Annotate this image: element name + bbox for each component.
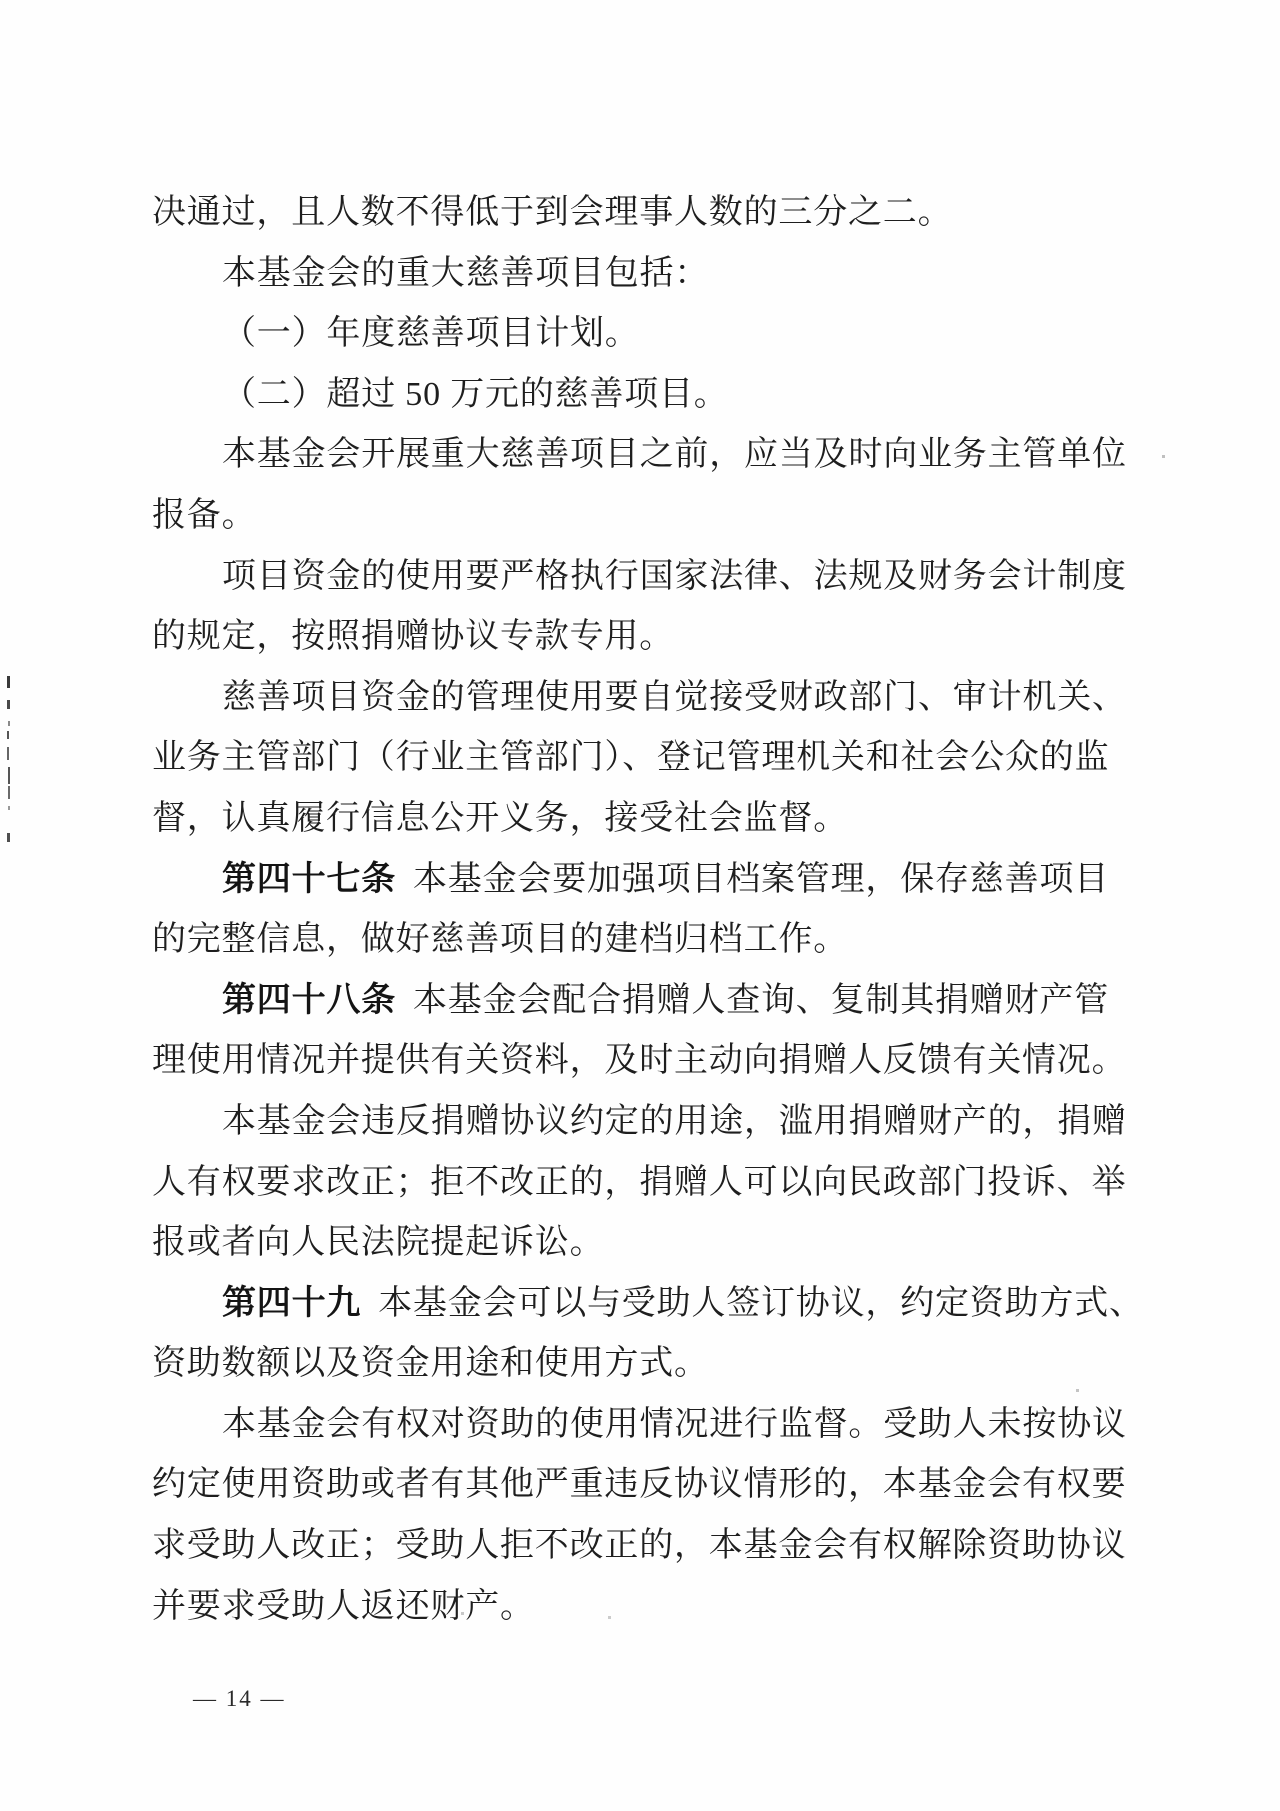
- scan-artifact: [7, 747, 9, 760]
- text-line: 的完整信息，做好慈善项目的建档归档工作。: [152, 910, 1138, 971]
- line-text: 的完整信息，做好慈善项目的建档归档工作。: [152, 921, 848, 958]
- scan-artifact: [7, 731, 9, 739]
- line-text: 理使用情况并提供有关资料，及时主动向捐赠人反馈有关情况。: [152, 1042, 1126, 1079]
- text-line: 决通过，且人数不得低于到会理事人数的三分之二。: [152, 183, 1138, 244]
- scan-artifact: [7, 833, 10, 842]
- text-line: 本基金会的重大慈善项目包括：: [152, 244, 1138, 305]
- line-text: 业务主管部门（行业主管部门）、登记管理机关和社会公众的监: [152, 739, 1109, 776]
- text-line: 第四十八条本基金会配合捐赠人查询、复制其捐赠财产管: [152, 971, 1138, 1032]
- line-text: 本基金会有权对资助的使用情况进行监督。受助人未按协议: [222, 1406, 1127, 1443]
- line-text: 报备。: [152, 497, 256, 534]
- text-line: 第四十九本基金会可以与受助人签订协议，约定资助方式、: [152, 1274, 1138, 1335]
- document-page: 决通过，且人数不得低于到会理事人数的三分之二。 本基金会的重大慈善项目包括： （…: [0, 0, 1280, 1811]
- line-text: 本基金会要加强项目档案管理，保存慈善项目: [413, 861, 1109, 898]
- line-text: 人有权要求改正；拒不改正的，捐赠人可以向民政部门投诉、举: [152, 1164, 1126, 1201]
- document-body: 决通过，且人数不得低于到会理事人数的三分之二。 本基金会的重大慈善项目包括： （…: [152, 183, 1138, 1637]
- text-line: 理使用情况并提供有关资料，及时主动向捐赠人反馈有关情况。: [152, 1031, 1138, 1092]
- text-line: 资助数额以及资金用途和使用方式。: [152, 1334, 1138, 1395]
- text-line: 报备。: [152, 486, 1138, 547]
- text-line: （一）年度慈善项目计划。: [152, 304, 1138, 365]
- line-text: 本基金会的重大慈善项目包括：: [222, 255, 709, 292]
- line-text: 督，认真履行信息公开义务，接受社会监督。: [152, 800, 848, 837]
- text-line: 人有权要求改正；拒不改正的，捐赠人可以向民政部门投诉、举: [152, 1153, 1138, 1214]
- scan-artifact: [8, 721, 10, 726]
- scan-artifact: [7, 700, 10, 709]
- scan-artifact: [7, 676, 10, 688]
- line-text: （一）年度慈善项目计划。: [222, 315, 640, 352]
- line-text: 决通过，且人数不得低于到会理事人数的三分之二。: [152, 194, 952, 231]
- text-line: 求受助人改正；受助人拒不改正的，本基金会有权解除资助协议: [152, 1516, 1138, 1577]
- article-number-label: 第四十七条: [222, 861, 396, 898]
- text-line: 报或者向人民法院提起诉讼。: [152, 1213, 1138, 1274]
- line-text: 的规定，按照捐赠协议专款专用。: [152, 618, 674, 655]
- line-text: 资助数额以及资金用途和使用方式。: [152, 1345, 709, 1382]
- line-text: 本基金会违反捐赠协议约定的用途，滥用捐赠财产的，捐赠: [222, 1103, 1127, 1140]
- line-text: 求受助人改正；受助人拒不改正的，本基金会有权解除资助协议: [152, 1527, 1126, 1564]
- line-text: 约定使用资助或者有其他严重违反协议情形的，本基金会有权要: [152, 1466, 1126, 1503]
- line-text: 本基金会可以与受助人签订协议，约定资助方式、: [378, 1285, 1144, 1322]
- scan-artifact: [8, 786, 10, 799]
- scan-artifact: [8, 806, 10, 810]
- line-text: 并要求受助人返还财产。: [152, 1588, 535, 1625]
- text-line: 约定使用资助或者有其他严重违反协议情形的，本基金会有权要: [152, 1455, 1138, 1516]
- text-line: 本基金会有权对资助的使用情况进行监督。受助人未按协议: [152, 1395, 1138, 1456]
- scan-speck: [1162, 455, 1165, 458]
- text-line: 业务主管部门（行业主管部门）、登记管理机关和社会公众的监: [152, 728, 1138, 789]
- text-line: （二）超过 50 万元的慈善项目。: [152, 365, 1138, 426]
- page-number: — 14 —: [193, 1684, 286, 1714]
- text-line: 本基金会开展重大慈善项目之前，应当及时向业务主管单位: [152, 425, 1138, 486]
- article-number-label: 第四十八条: [222, 982, 396, 1019]
- line-text: 本基金会开展重大慈善项目之前，应当及时向业务主管单位: [222, 436, 1127, 473]
- line-text: 本基金会配合捐赠人查询、复制其捐赠财产管: [413, 982, 1109, 1019]
- article-number-label: 第四十九: [222, 1285, 361, 1322]
- line-text: 慈善项目资金的管理使用要自觉接受财政部门、审计机关、: [222, 679, 1127, 716]
- line-text: 项目资金的使用要严格执行国家法律、法规及财务会计制度: [222, 558, 1127, 595]
- text-line: 项目资金的使用要严格执行国家法律、法规及财务会计制度: [152, 547, 1138, 608]
- text-line: 第四十七条本基金会要加强项目档案管理，保存慈善项目: [152, 850, 1138, 911]
- text-line: 并要求受助人返还财产。: [152, 1577, 1138, 1638]
- text-line: 本基金会违反捐赠协议约定的用途，滥用捐赠财产的，捐赠: [152, 1092, 1138, 1153]
- line-text: 报或者向人民法院提起诉讼。: [152, 1224, 604, 1261]
- scan-artifact: [8, 767, 10, 784]
- text-line: 的规定，按照捐赠协议专款专用。: [152, 607, 1138, 668]
- text-line: 慈善项目资金的管理使用要自觉接受财政部门、审计机关、: [152, 668, 1138, 729]
- text-line: 督，认真履行信息公开义务，接受社会监督。: [152, 789, 1138, 850]
- line-text: （二）超过 50 万元的慈善项目。: [222, 376, 729, 413]
